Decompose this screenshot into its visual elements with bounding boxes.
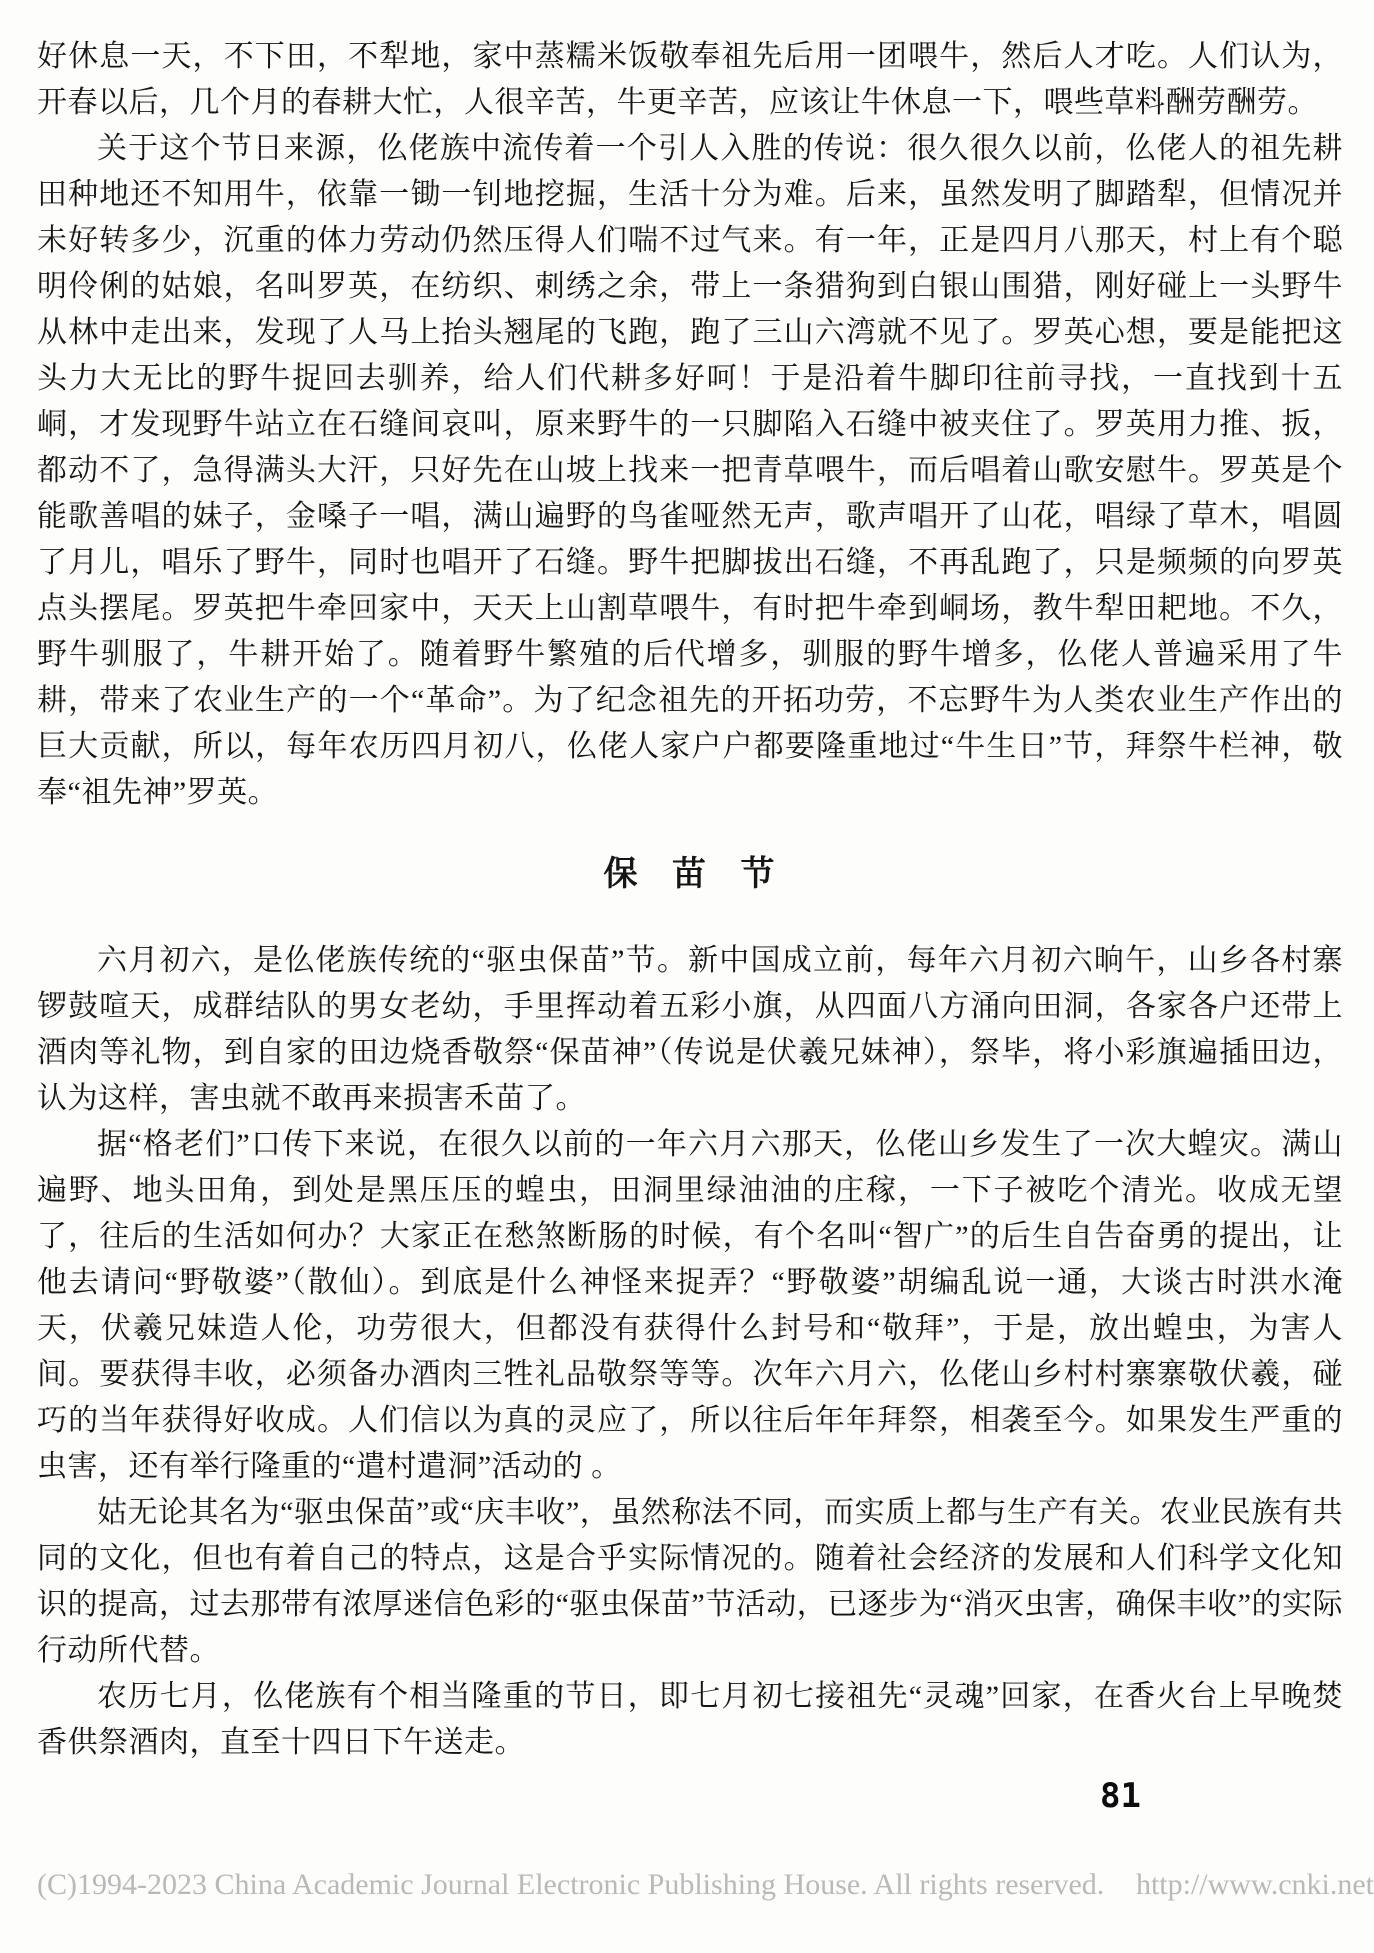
page-text-block: 好休息一天，不下田，不犁地，家中蒸糯米饭敬奉祖先后用一团喂牛，然后人才吃。人们认… [37, 34, 1343, 1766]
page-number: 81 [1100, 1776, 1141, 1816]
footer-url: http://www.cnki.net [1136, 1868, 1374, 1902]
body-paragraph: 六月初六，是仫佬族传统的“驱虫保苗”节。新中国成立前，每年六月初六晌午，山乡各村… [37, 938, 1343, 1122]
footer-copyright: (C)1994-2023 China Academic Journal Elec… [37, 1868, 1104, 1902]
section-heading: 保 苗 节 [37, 852, 1343, 898]
cnki-watermark-footer: (C)1994-2023 China Academic Journal Elec… [37, 1868, 1374, 1902]
body-paragraph: 好休息一天，不下田，不犁地，家中蒸糯米饭敬奉祖先后用一团喂牛，然后人才吃。人们认… [37, 34, 1343, 126]
scanned-page: 好休息一天，不下田，不犁地，家中蒸糯米饭敬奉祖先后用一团喂牛，然后人才吃。人们认… [0, 0, 1374, 1953]
body-paragraph: 农历七月，仫佬族有个相当隆重的节日，即七月初七接祖先“灵魂”回家，在香火台上早晚… [37, 1674, 1343, 1766]
body-paragraph: 关于这个节日来源，仫佬族中流传着一个引人入胜的传说：很久很久以前，仫佬人的祖先耕… [37, 126, 1343, 816]
body-paragraph: 据“格老们”口传下来说，在很久以前的一年六月六那天，仫佬山乡发生了一次大蝗灾。满… [37, 1122, 1343, 1490]
body-paragraph: 姑无论其名为“驱虫保苗”或“庆丰收”，虽然称法不同，而实质上都与生产有关。农业民… [37, 1490, 1343, 1674]
